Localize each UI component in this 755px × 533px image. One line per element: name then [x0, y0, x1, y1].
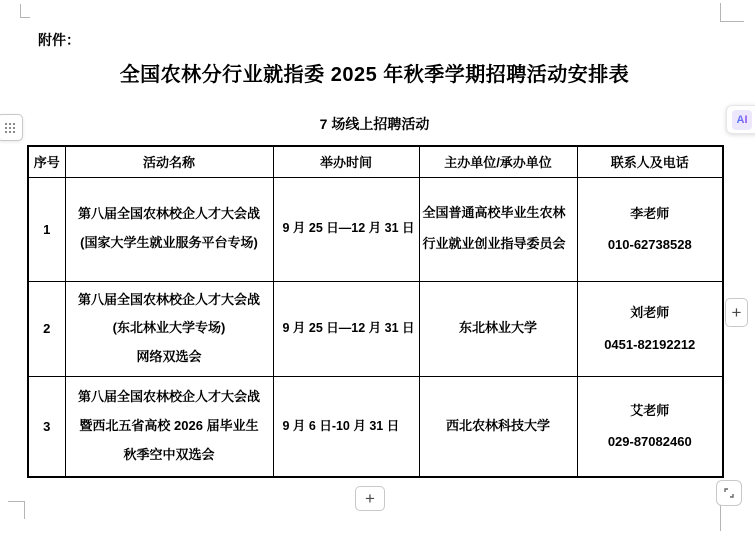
grid-dots-icon [5, 123, 15, 133]
cell-organizer[interactable]: 全国普通高校毕业生农林行业就业创业指导委员会 [419, 177, 577, 281]
table-header-row: 序号 活动名称 举办时间 主办单位/承办单位 联系人及电话 [28, 146, 723, 177]
page-margin-mark-top-right [720, 3, 744, 22]
ai-assistant-button[interactable]: AI [726, 105, 755, 134]
header-organizer[interactable]: 主办单位/承办单位 [419, 146, 577, 177]
cell-organizer[interactable]: 西北农林科技大学 [419, 376, 577, 477]
document-subtitle[interactable]: 7 场线上招聘活动 [27, 114, 722, 134]
header-contact[interactable]: 联系人及电话 [577, 146, 723, 177]
cell-time[interactable]: 9 月 6 日-10 月 31 日 [273, 376, 419, 477]
table-row: 2 第八届全国农林校企人才大会战 (东北林业大学专场) 网络双选会 9 月 25… [28, 281, 723, 376]
ai-button-label: AI [737, 114, 748, 126]
add-row-button[interactable]: + [355, 486, 385, 511]
cell-no[interactable]: 2 [28, 281, 65, 376]
cell-time[interactable]: 9 月 25 日—12 月 31 日 [273, 177, 419, 281]
cell-no[interactable]: 1 [28, 177, 65, 281]
document-page: 附件： 全国农林分行业就指委 2025 年秋季学期招聘活动安排表 7 场线上招聘… [0, 0, 755, 533]
plus-icon: + [732, 304, 742, 321]
cell-contact[interactable]: 艾老师 029-87082460 [577, 376, 723, 477]
table-expand-button[interactable] [716, 480, 742, 506]
cell-contact[interactable]: 李老师 010-62738528 [577, 177, 723, 281]
page-margin-mark-top-left [20, 4, 30, 18]
add-column-button[interactable]: + [725, 298, 748, 327]
header-activity-name[interactable]: 活动名称 [65, 146, 273, 177]
cell-contact[interactable]: 刘老师 0451-82192212 [577, 281, 723, 376]
document-title[interactable]: 全国农林分行业就指委 2025 年秋季学期招聘活动安排表 [27, 58, 722, 87]
cell-time[interactable]: 9 月 25 日—12 月 31 日 [273, 281, 419, 376]
page-margin-mark-bottom-left [8, 501, 25, 519]
header-time[interactable]: 举办时间 [273, 146, 419, 177]
header-no[interactable]: 序号 [28, 146, 65, 177]
corner-brackets-icon [723, 487, 735, 499]
cell-activity-name[interactable]: 第八届全国农林校企人才大会战 暨西北五省高校 2026 届毕业生 秋季空中双选会 [65, 376, 273, 477]
ai-icon: AI [732, 110, 752, 130]
table-drag-handle-button[interactable] [0, 114, 23, 141]
plus-icon: + [365, 490, 375, 507]
cell-activity-name[interactable]: 第八届全国农林校企人才大会战 (东北林业大学专场) 网络双选会 [65, 281, 273, 376]
table-row: 3 第八届全国农林校企人才大会战 暨西北五省高校 2026 届毕业生 秋季空中双… [28, 376, 723, 477]
recruitment-schedule-table: 序号 活动名称 举办时间 主办单位/承办单位 联系人及电话 1 第八届全国农林校… [27, 145, 724, 478]
cell-no[interactable]: 3 [28, 376, 65, 477]
table-row: 1 第八届全国农林校企人才大会战 (国家大学生就业服务平台专场) 9 月 25 … [28, 177, 723, 281]
cell-organizer[interactable]: 东北林业大学 [419, 281, 577, 376]
page-margin-mark-bottom-right [720, 505, 721, 531]
attachment-label[interactable]: 附件： [38, 30, 80, 50]
cell-activity-name[interactable]: 第八届全国农林校企人才大会战 (国家大学生就业服务平台专场) [65, 177, 273, 281]
